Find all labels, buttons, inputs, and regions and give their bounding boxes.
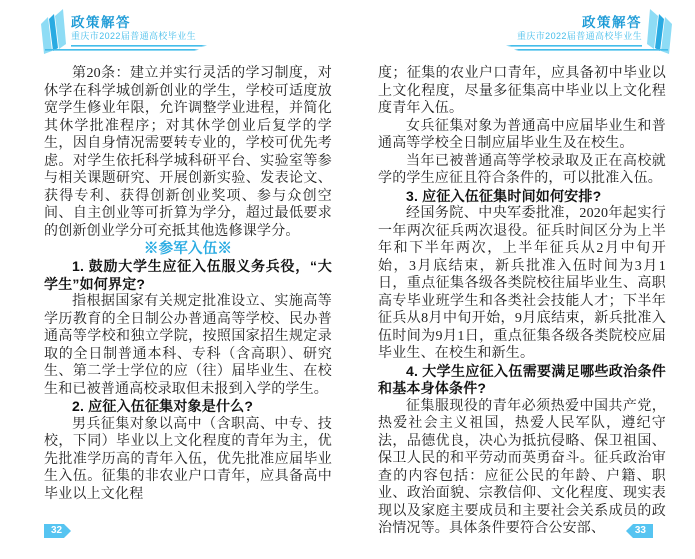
answer-2: 男兵征集对象以高中（含职高、中专、技校，下同）毕业以上文化程度的青年为主，优先批… [44, 416, 332, 504]
header-underline [506, 45, 642, 47]
booklet-spread: 政策解答 重庆市2022届普通高校毕业生 第20条：建立并实行灵活的学习制度，对… [0, 0, 695, 559]
page-header-left: 政策解答 重庆市2022届普通高校毕业生 [40, 8, 207, 54]
page-right: 政策解答 重庆市2022届普通高校毕业生 度；征集的农业户口青年，应具备初中毕业… [347, 0, 695, 559]
header-text: 政策解答 重庆市2022届普通高校毕业生 [506, 8, 642, 51]
page-number-badge: 32 [44, 524, 71, 538]
answer-3: 经国务院、中央军委批准，2020年起实行一年两次征兵两次退役。征兵时间区分为上半… [378, 205, 666, 363]
header-title: 政策解答 [71, 15, 207, 30]
question-1: 1. 鼓励大学生应征入伍服义务兵役，“大学生”如何界定? [44, 258, 332, 293]
paragraph-article-20: 第20条：建立并实行灵活的学习制度，对休学在科学城创新创业的学生，学校可适度放宽… [44, 65, 332, 240]
header-subtitle: 重庆市2022届普通高校毕业生 [517, 31, 642, 42]
section-heading-enlistment: ※参军入伍※ [44, 240, 332, 258]
answer-4: 征集服现役的青年必须热爱中国共产党，热爱社会主义祖国，热爱人民军队，遵纪守法，品… [378, 398, 666, 538]
header-title: 政策解答 [582, 15, 642, 30]
page-body-right: 度；征集的农业户口青年，应具备初中毕业以上文化程度，尽量多征集高中毕业以上文化程… [378, 65, 666, 538]
paragraph-enrolled-students: 当年已被普通高等学校录取及正在高校就学的学生应征且符合条件的，可以批准入伍。 [378, 153, 666, 188]
header-underline [514, 49, 668, 51]
answer-2-continuation: 度；征集的农业户口青年，应具备初中毕业以上文化程度，尽量多征集高中毕业以上文化程… [378, 65, 666, 118]
question-2: 2. 应征入伍征集对象是什么? [44, 398, 332, 416]
answer-1: 指根据国家有关规定批准设立、实施高等学历教育的全日制公办普通高等学校、民办普通高… [44, 293, 332, 398]
page-left: 政策解答 重庆市2022届普通高校毕业生 第20条：建立并实行灵活的学习制度，对… [0, 0, 347, 559]
header-underline [71, 45, 207, 47]
question-3: 3. 应征入伍征集时间如何安排? [378, 188, 666, 206]
header-underline [45, 49, 199, 51]
booklet-logo-icon [647, 8, 673, 54]
page-body-left: 第20条：建立并实行灵活的学习制度，对休学在科学城创新创业的学生，学校可适度放宽… [44, 65, 332, 503]
paragraph-female-recruits: 女兵征集对象为普通高中应届毕业生和普通高等学校全日制应届毕业生及在校生。 [378, 118, 666, 153]
question-4: 4. 大学生应征入伍需要满足哪些政治条件和基本身体条件? [378, 363, 666, 398]
page-header-right: 政策解答 重庆市2022届普通高校毕业生 [506, 8, 673, 54]
booklet-logo-icon [40, 8, 66, 54]
header-text: 政策解答 重庆市2022届普通高校毕业生 [71, 8, 207, 51]
header-subtitle: 重庆市2022届普通高校毕业生 [71, 31, 207, 42]
